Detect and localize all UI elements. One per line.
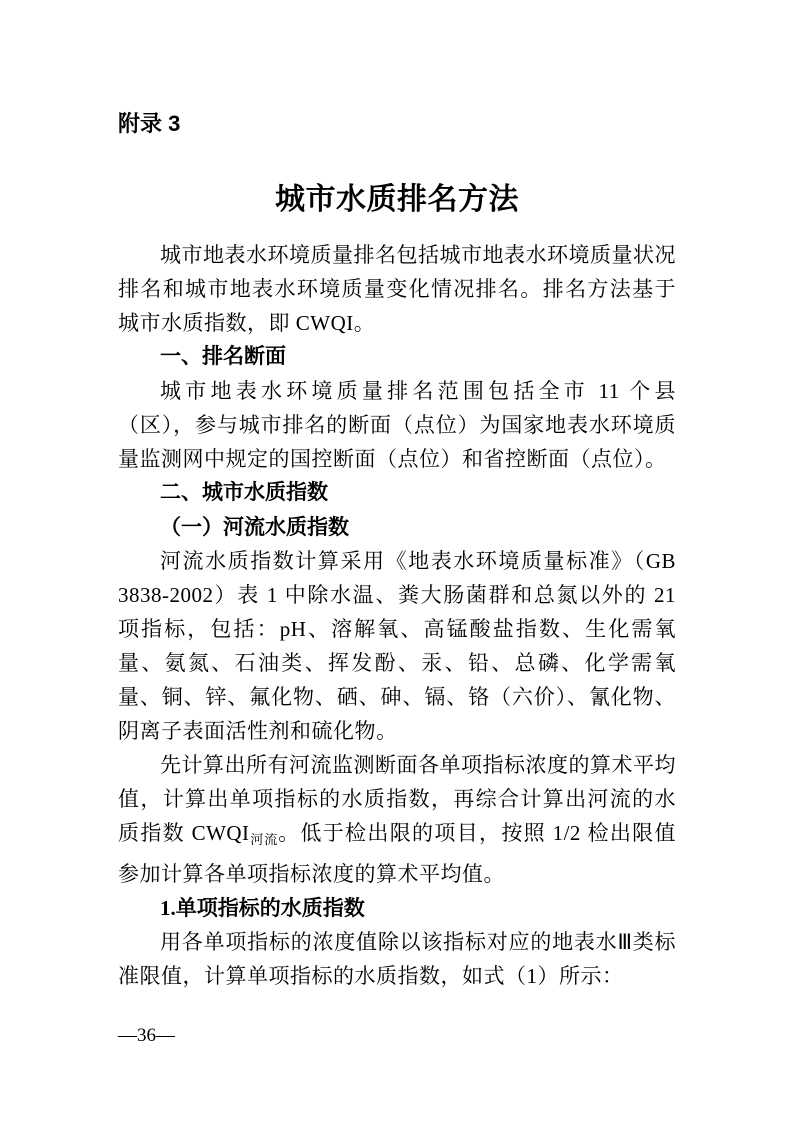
item-1-paragraph: 用各单项指标的浓度值除以该指标对应的地表水Ⅲ类标准限值，计算单项指标的水质指数，… [118, 925, 676, 993]
section-1-heading: 一、排名断面 [118, 340, 676, 374]
page-number: —36— [118, 1023, 676, 1049]
document-page: 附录 3 城市水质排名方法 城市地表水环境质量排名包括城市地表水环境质量状况排名… [0, 0, 793, 1122]
appendix-label: 附录 3 [118, 110, 676, 138]
document-title: 城市水质排名方法 [118, 182, 676, 218]
section-2-sub-1-heading: （一）河流水质指数 [118, 510, 676, 544]
river-indicators-paragraph: 河流水质指数计算采用《地表水环境质量标准》（GB 3838-2002）表 1 中… [118, 544, 676, 748]
river-calculation-paragraph: 先计算出所有河流监测断面各单项指标浓度的算术平均值，计算出单项指标的水质指数，再… [118, 748, 676, 891]
intro-paragraph: 城市地表水环境质量排名包括城市地表水环境质量状况排名和城市地表水环境质量变化情况… [118, 238, 676, 340]
section-2-heading: 二、城市水质指数 [118, 476, 676, 510]
cwqi-river-subscript: 河流 [250, 832, 279, 847]
section-1-paragraph: 城市地表水环境质量排名范围包括全市 11 个县（区），参与城市排名的断面（点位）… [118, 374, 676, 476]
item-1-heading: 1.单项指标的水质指数 [118, 891, 676, 925]
